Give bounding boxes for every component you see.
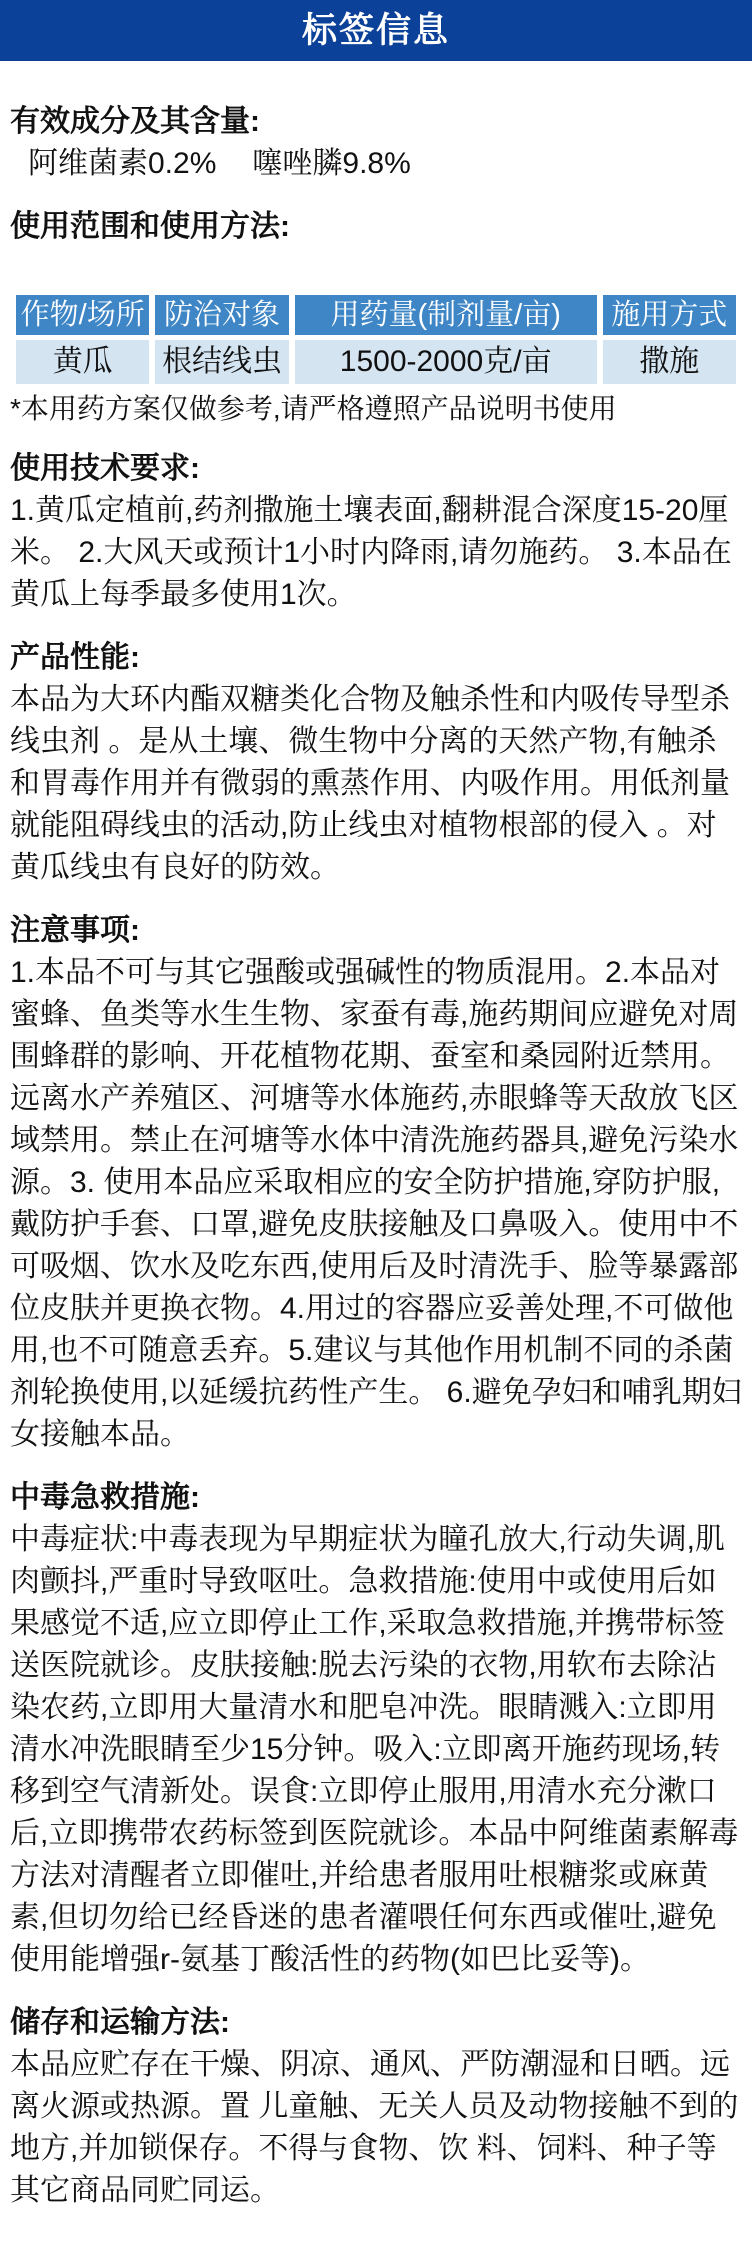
usage-table-row: 黄瓜 根结线虫 1500-2000克/亩 撒施 (16, 340, 736, 384)
product-performance-heading: 产品性能: (10, 637, 742, 679)
section-product-performance: 产品性能: 本品为大环内酯双糖类化合物及触杀性和内吸传导型杀线虫剂 。是从土壤、… (10, 637, 742, 889)
ingredient-list: 阿维菌素0.2%噻唑膦9.8% (10, 143, 742, 185)
precautions-text: 1.本品不可与其它强酸或强碱性的物质混用。2.本品对蜜蜂、鱼类等水生生物、家蚕有… (10, 952, 742, 1456)
section-first-aid: 中毒急救措施: 中毒症状:中毒表现为早期症状为瞳孔放大,行动失调,肌肉颤抖,严重… (10, 1477, 742, 1981)
page-title: 标签信息 (302, 13, 450, 48)
first-aid-heading: 中毒急救措施: (10, 1477, 742, 1519)
col-header-target: 防治对象 (155, 295, 288, 335)
storage-transport-text: 本品应贮存在干燥、阴凉、通风、严防潮湿和日晒。远离火源或热源。置 儿童触、无关人… (10, 2044, 742, 2212)
page-header: 标签信息 (0, 0, 752, 61)
usage-table-footnote: *本用药方案仅做参考,请严格遵照产品说明书使用 (10, 391, 742, 427)
precautions-heading: 注意事项: (10, 910, 742, 952)
label-info-page: 标签信息 有效成分及其含量: 阿维菌素0.2%噻唑膦9.8% 使用范围和使用方法… (0, 0, 752, 2246)
technical-requirements-heading: 使用技术要求: (10, 448, 742, 490)
usage-table: 作物/场所 防治对象 用药量(制剂量/亩) 施用方式 黄瓜 根结线虫 1500-… (10, 290, 742, 389)
cell-method: 撒施 (603, 340, 736, 384)
section-technical-requirements: 使用技术要求: 1.黄瓜定植前,药剂撒施土壤表面,翻耕混合深度15-20厘米。 … (10, 448, 742, 616)
storage-transport-heading: 储存和运输方法: (10, 2002, 742, 2044)
col-header-crop: 作物/场所 (16, 295, 149, 335)
first-aid-text: 中毒症状:中毒表现为早期症状为瞳孔放大,行动失调,肌肉颤抖,严重时导致呕吐。急救… (10, 1519, 742, 1981)
section-usage: 使用范围和使用方法: 作物/场所 防治对象 用药量(制剂量/亩) 施用方式 黄瓜 (10, 206, 742, 427)
product-performance-text: 本品为大环内酯双糖类化合物及触杀性和内吸传导型杀线虫剂 。是从土壤、微生物中分离… (10, 679, 742, 889)
section-precautions: 注意事项: 1.本品不可与其它强酸或强碱性的物质混用。2.本品对蜜蜂、鱼类等水生… (10, 910, 742, 1456)
col-header-method: 施用方式 (603, 295, 736, 335)
usage-heading: 使用范围和使用方法: (10, 206, 742, 248)
cell-dosage: 1500-2000克/亩 (295, 340, 597, 384)
ingredient-item: 阿维菌素0.2% (28, 147, 216, 180)
active-ingredients-heading: 有效成分及其含量: (10, 101, 742, 143)
ingredient-item: 噻唑膦9.8% (252, 147, 410, 180)
cell-target: 根结线虫 (155, 340, 288, 384)
cell-crop: 黄瓜 (16, 340, 149, 384)
section-active-ingredients: 有效成分及其含量: 阿维菌素0.2%噻唑膦9.8% (10, 101, 742, 185)
section-storage-transport: 储存和运输方法: 本品应贮存在干燥、阴凉、通风、严防潮湿和日晒。远离火源或热源。… (10, 2002, 742, 2212)
content: 有效成分及其含量: 阿维菌素0.2%噻唑膦9.8% 使用范围和使用方法: 作物/… (0, 61, 752, 2246)
col-header-dosage: 用药量(制剂量/亩) (295, 295, 597, 335)
technical-requirements-text: 1.黄瓜定植前,药剂撒施土壤表面,翻耕混合深度15-20厘米。 2.大风天或预计… (10, 490, 742, 616)
usage-table-header-row: 作物/场所 防治对象 用药量(制剂量/亩) 施用方式 (16, 295, 736, 335)
